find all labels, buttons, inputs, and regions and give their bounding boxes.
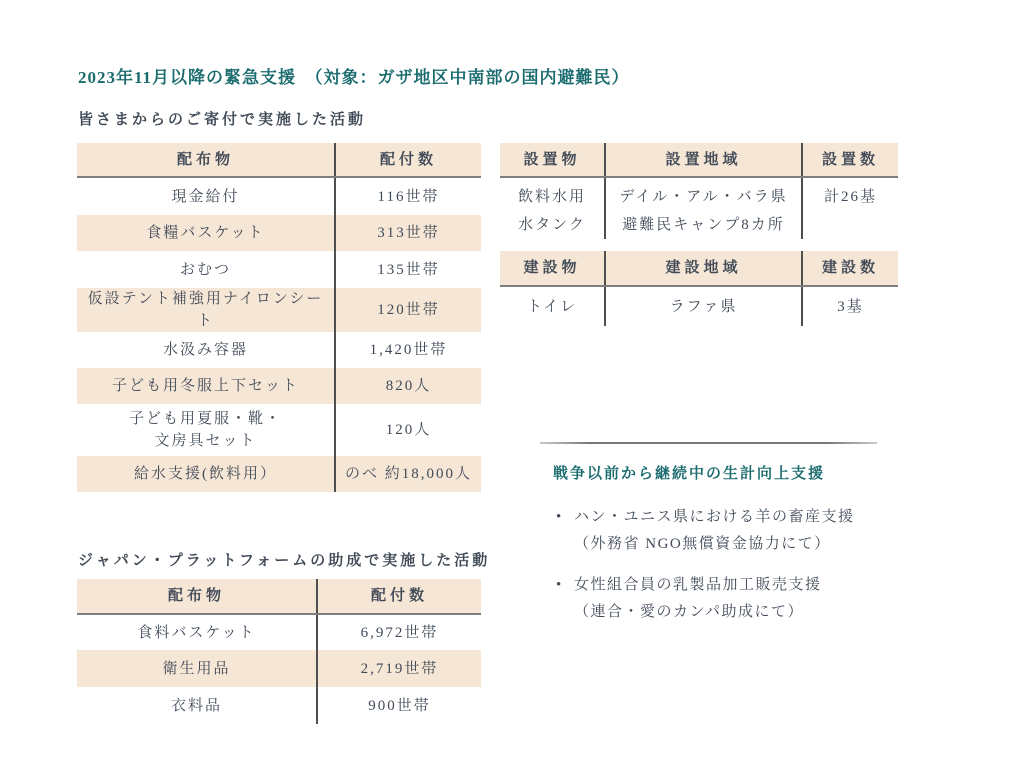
page: 2023年11月以降の緊急支援 （対象：ガザ地区中南部の国内避難民） 皆さまから… <box>0 0 1024 768</box>
table-row: 飲料水用水タンク デイル・アル・バラ県避難民キャンプ8カ所 計26基 <box>500 177 898 239</box>
table-row: 子ども用夏服・靴・文房具セット 120人 <box>77 404 481 456</box>
cell-item: 仮設テント補強用ナイロンシート <box>77 288 335 332</box>
header-cell-count: 設置数 <box>802 143 898 177</box>
header-cell-count: 建設数 <box>802 251 898 286</box>
cell-count: 135世帯 <box>335 251 481 288</box>
bullet-line1: 女性組合員の乳製品加工販売支援 <box>574 577 822 593</box>
cell-item-line1: 子ども用夏服・靴・ <box>129 411 282 427</box>
table-row: トイレ ラファ県 3基 <box>500 286 898 326</box>
table-row: 仮設テント補強用ナイロンシート 120世帯 <box>77 288 481 332</box>
divider-line <box>540 442 877 444</box>
cell-count: 116世帯 <box>335 177 481 215</box>
table-header-row: 設置物 設置地域 設置数 <box>500 143 898 177</box>
table-row: 給水支援(飲料用） のべ 約18,000人 <box>77 456 481 492</box>
header-cell-item: 建設物 <box>500 251 605 286</box>
cell-item: 食料バスケット <box>77 614 317 650</box>
cell-count: のべ 約18,000人 <box>335 456 481 492</box>
table-row: 食料バスケット 6,972世帯 <box>77 614 481 650</box>
bullet-text: ハン・ユニス県における羊の畜産支援（外務省 NGO無償資金協力にて） <box>574 504 855 558</box>
cell-count: 6,972世帯 <box>317 614 481 650</box>
cell-count: 3基 <box>802 286 898 326</box>
donation-section-heading: 皆さまからのご寄付で実施した活動 <box>78 108 366 132</box>
cell-item: トイレ <box>500 286 605 326</box>
cell-item: 食糧バスケット <box>77 215 335 251</box>
cell-count: 計26基 <box>802 177 898 239</box>
cell-item: 衛生用品 <box>77 650 317 687</box>
installation-table: 設置物 設置地域 設置数 飲料水用水タンク デイル・アル・バラ県避難民キャンプ8… <box>500 143 898 239</box>
jpf-section-heading: ジャパン・プラットフォームの助成で実施した活動 <box>78 549 490 573</box>
header-cell-item: 配布物 <box>77 143 335 177</box>
table-header-row: 配布物 配付数 <box>77 143 481 177</box>
donation-table: 配布物 配付数 現金給付 116世帯 食糧バスケット 313世帯 おむつ 135… <box>77 143 481 492</box>
table-row: 現金給付 116世帯 <box>77 177 481 215</box>
table-row: 子ども用冬服上下セット 820人 <box>77 368 481 404</box>
table-header-row: 建設物 建設地域 建設数 <box>500 251 898 286</box>
table-row: 衛生用品 2,719世帯 <box>77 650 481 687</box>
cell-count: 313世帯 <box>335 215 481 251</box>
construction-table: 建設物 建設地域 建設数 トイレ ラファ県 3基 <box>500 251 898 326</box>
cell-area: デイル・アル・バラ県避難民キャンプ8カ所 <box>605 177 802 239</box>
cell-count: 900世帯 <box>317 687 481 724</box>
bullet-item: • 女性組合員の乳製品加工販売支援（連合・愛のカンパ助成にて） <box>556 572 916 626</box>
cell-count: 2,719世帯 <box>317 650 481 687</box>
cell-item: 子ども用夏服・靴・文房具セット <box>77 404 335 456</box>
bullet-icon: • <box>556 572 574 626</box>
cell-item-line2: 水タンク <box>518 217 586 233</box>
cell-count: 120人 <box>335 404 481 456</box>
header-cell-count: 配付数 <box>335 143 481 177</box>
jpf-table: 配布物 配付数 食料バスケット 6,972世帯 衛生用品 2,719世帯 衣料品… <box>77 579 481 724</box>
table-row: 水汲み容器 1,420世帯 <box>77 332 481 368</box>
bullet-text: 女性組合員の乳製品加工販売支援（連合・愛のカンパ助成にて） <box>574 572 822 626</box>
table-header-row: 配布物 配付数 <box>77 579 481 614</box>
cell-count: 820人 <box>335 368 481 404</box>
cell-item: 衣料品 <box>77 687 317 724</box>
bullet-line1: ハン・ユニス県における羊の畜産支援 <box>574 509 855 525</box>
cell-item: 子ども用冬服上下セット <box>77 368 335 404</box>
livelihood-section-heading: 戦争以前から継続中の生計向上支援 <box>553 462 825 486</box>
table-row: おむつ 135世帯 <box>77 251 481 288</box>
cell-count: 120世帯 <box>335 288 481 332</box>
table-row: 衣料品 900世帯 <box>77 687 481 724</box>
cell-item: 現金給付 <box>77 177 335 215</box>
cell-area: ラファ県 <box>605 286 802 326</box>
cell-area-line1: デイル・アル・バラ県 <box>619 189 787 205</box>
header-cell-count: 配付数 <box>317 579 481 614</box>
bullet-icon: • <box>556 504 574 558</box>
cell-item-line1: 飲料水用 <box>518 189 586 205</box>
cell-item: 飲料水用水タンク <box>500 177 605 239</box>
cell-item: 給水支援(飲料用） <box>77 456 335 492</box>
header-cell-area: 設置地域 <box>605 143 802 177</box>
header-cell-area: 建設地域 <box>605 251 802 286</box>
table-row: 食糧バスケット 313世帯 <box>77 215 481 251</box>
cell-item: おむつ <box>77 251 335 288</box>
bullet-item: • ハン・ユニス県における羊の畜産支援（外務省 NGO無償資金協力にて） <box>556 504 916 558</box>
bullet-line2: （連合・愛のカンパ助成にて） <box>574 604 804 620</box>
cell-item-line2: 文房具セット <box>154 433 256 449</box>
bullet-list: • ハン・ユニス県における羊の畜産支援（外務省 NGO無償資金協力にて） • 女… <box>556 504 916 626</box>
cell-item: 水汲み容器 <box>77 332 335 368</box>
page-title: 2023年11月以降の緊急支援 （対象：ガザ地区中南部の国内避難民） <box>78 64 630 91</box>
cell-area-line2: 避難民キャンプ8カ所 <box>622 217 785 233</box>
cell-count: 1,420世帯 <box>335 332 481 368</box>
header-cell-item: 設置物 <box>500 143 605 177</box>
header-cell-item: 配布物 <box>77 579 317 614</box>
bullet-line2: （外務省 NGO無償資金協力にて） <box>574 536 831 552</box>
